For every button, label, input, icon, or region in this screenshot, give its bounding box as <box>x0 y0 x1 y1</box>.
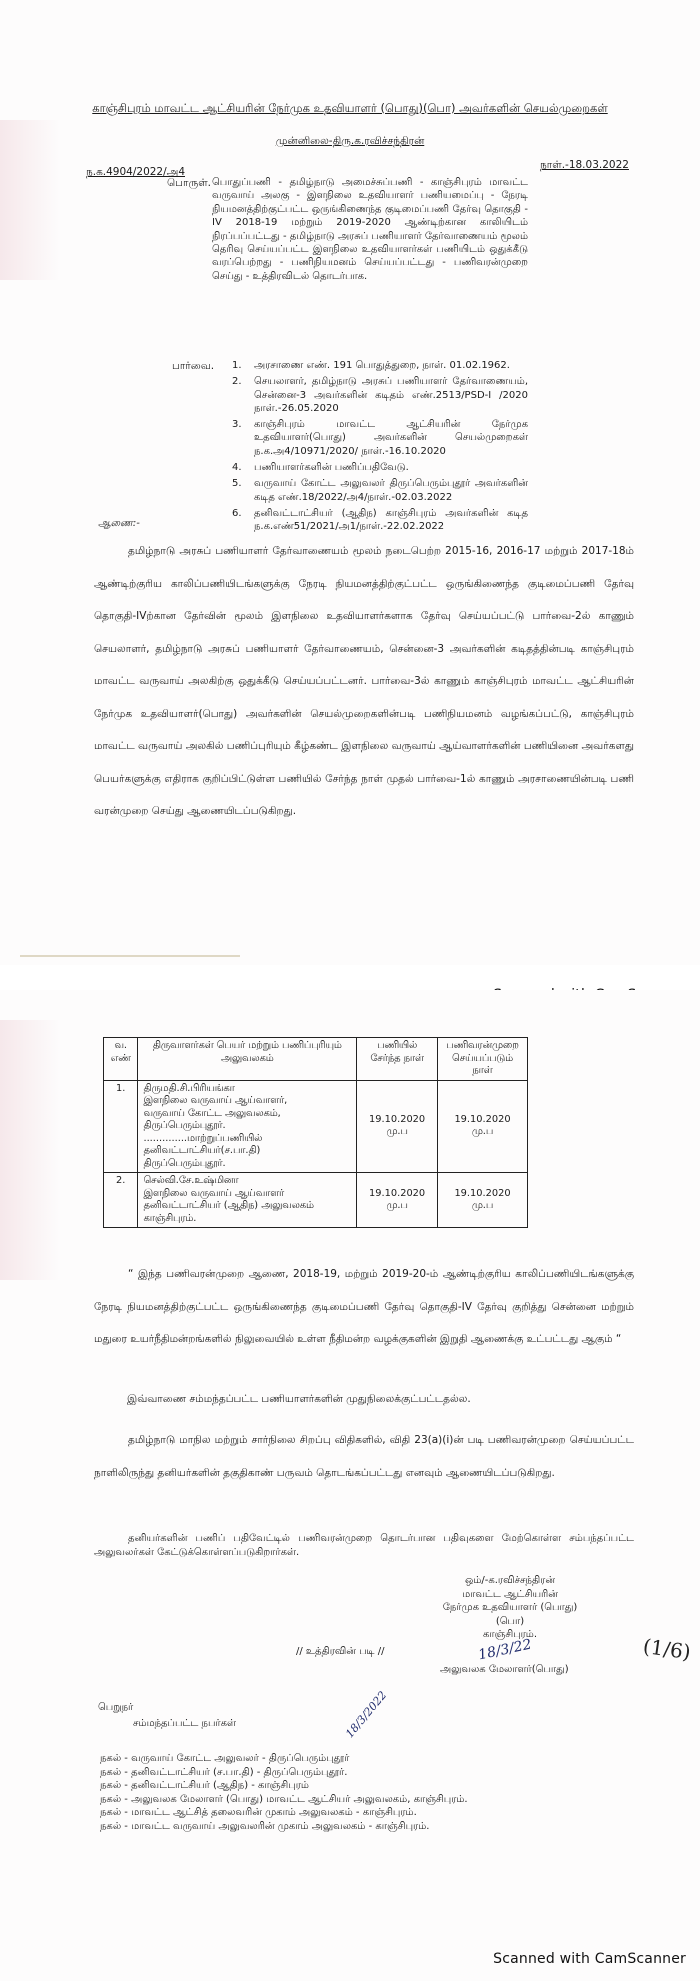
regularised-date-cell: 19.10.2020மு.ப <box>438 1173 528 1228</box>
reference-item: 4.பணியாளர்களின் பணிப்பதிவேடு. <box>232 461 528 474</box>
serial-number: 2. <box>104 1173 138 1228</box>
copy-item: நகல் - வருவாய் கோட்ட அலுவலர் - திருப்பெர… <box>100 1752 468 1766</box>
true-copy-label: // உத்திரவின் படி // <box>296 1644 384 1659</box>
regularised-date-cell: 19.10.2020மு.ப <box>438 1080 528 1173</box>
recipient-label: பெறுநர் <box>98 1700 133 1715</box>
copy-item: நகல் - தனிவட்டாட்சியர் (ச.பா.தி) - திருப… <box>100 1766 468 1780</box>
col-serial: வ. எண் <box>104 1038 138 1081</box>
copy-item: நகல் - மாவட்ட ஆட்சித் தலைவரின் முகாம் அல… <box>100 1806 468 1820</box>
scan-stain <box>0 1020 60 1280</box>
table-row: 2. செல்வி.சே.உஷ்மினா இளநிலை வருவாய் ஆய்வ… <box>104 1173 528 1228</box>
serial-number: 1. <box>104 1080 138 1173</box>
reference-item: 1.அரசாணை எண். 191 பொதுத்துறை, நாள். 01.0… <box>232 359 528 372</box>
service-record-paragraph: தனியர்களின் பணிப் பதிவேட்டில் பணிவரன்முற… <box>94 1532 634 1560</box>
references-list: 1.அரசாணை எண். 191 பொதுத்துறை, நாள். 01.0… <box>232 359 528 537</box>
probation-paragraph: தமிழ்நாடு மாநில மற்றும் சார்நிலை சிறப்பு… <box>94 1424 634 1489</box>
court-case-paragraph: “ இந்த பணிவரன்முறை ஆணை, 2018-19, மற்றும்… <box>94 1258 634 1356</box>
copy-to-list: நகல் - வருவாய் கோட்ட அலுவலர் - திருப்பெர… <box>100 1752 468 1833</box>
references-label: பார்வை. <box>172 359 214 374</box>
subject-text: பொதுப்பணி - தமிழ்நாடு அமைச்சுப்பணி - காஞ… <box>212 176 528 283</box>
joined-date-cell: 19.10.2020மு.ப <box>357 1080 438 1173</box>
joined-date-cell: 19.10.2020மு.ப <box>357 1173 438 1228</box>
seniority-paragraph: இவ்வாணை சம்மந்தப்பட்ட பணியாளர்களின் முது… <box>127 1392 471 1407</box>
order-label: ஆணை:- <box>98 516 140 531</box>
name-office-cell: திருமதி.சி.பிரியங்கா இளநிலை வருவாய் ஆய்வ… <box>138 1080 357 1173</box>
reference-item: 3.காஞ்சிபுரம் மாவட்ட ஆட்சியரின் நேர்முக … <box>232 418 528 458</box>
scan-edge-line <box>20 955 240 957</box>
col-name-office: திருவாளர்கள் பெயர் மற்றும் பணிப்புரியும்… <box>138 1038 357 1081</box>
copy-item: நகல் - மாவட்ட வருவாய் அலுவலரின் முகாம் அ… <box>100 1820 468 1834</box>
col-joined-date: பணியில் சேர்ந்த நாள் <box>357 1038 438 1081</box>
copy-item: நகல் - தனிவட்டாட்சியர் (ஆதிந) - காஞ்சிபு… <box>100 1779 468 1793</box>
order-paragraph: தமிழ்நாடு அரசுப் பணியாளர் தேர்வாணையம் மூ… <box>94 535 634 828</box>
document-date: நாள்.-18.03.2022 <box>540 158 629 173</box>
copy-item: நகல் - அலுவலக மேலாளர் (பொது) மாவட்ட ஆட்ச… <box>100 1793 468 1807</box>
table-header-row: வ. எண் திருவாளர்கள் பெயர் மற்றும் பணிப்ப… <box>104 1038 528 1081</box>
attestation-designation: அலுவலக மேலாளர்(பொது) <box>440 1662 569 1677</box>
document-page-1: காஞ்சிபுரம் மாவட்ட ஆட்சியரின் நேர்முக உத… <box>0 0 700 965</box>
header-subtitle: முன்னிலை-திரு.க.ரவிச்சந்திரன் <box>0 134 700 149</box>
reference-item: 5.வருவாய் கோட்ட அலுவலர் திருப்பெரும்புதூ… <box>232 477 528 504</box>
recipient-name: சம்மந்தப்பட்ட நபர்கள் <box>133 1716 236 1731</box>
header-title: காஞ்சிபுரம் மாவட்ட ஆட்சியரின் நேர்முக உத… <box>0 101 700 116</box>
staff-regularisation-table: வ. எண் திருவாளர்கள் பெயர் மற்றும் பணிப்ப… <box>103 1037 528 1228</box>
subject-label: பொருள். <box>167 176 211 191</box>
name-office-cell: செல்வி.சே.உஷ்மினா இளநிலை வருவாய் ஆய்வாளர… <box>138 1173 357 1228</box>
camscanner-watermark: Scanned with CamScanner <box>493 1951 686 1967</box>
signature-block: ஒம்/-க.ரவிச்சந்திரன் மாவட்ட ஆட்சியரின் ந… <box>430 1574 590 1642</box>
reference-item: 6.தனிவட்டாட்சியர் (ஆதிந) காஞ்சிபுரம் அவர… <box>232 507 528 534</box>
reference-item: 2.செயலாளர், தமிழ்நாடு அரசுப் பணியாளர் தே… <box>232 375 528 415</box>
col-regularised-date: பணிவரன்முறை செய்யப்படும் நாள் <box>438 1038 528 1081</box>
table-row: 1. திருமதி.சி.பிரியங்கா இளநிலை வருவாய் ஆ… <box>104 1080 528 1173</box>
